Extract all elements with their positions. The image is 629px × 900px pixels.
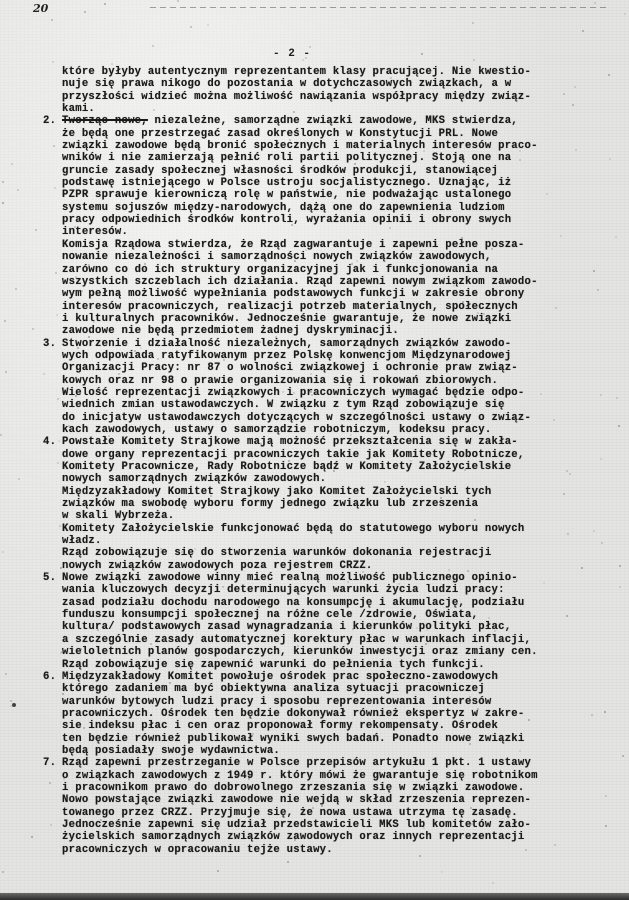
text-line: kami. (43, 103, 603, 115)
scan-speckle (310, 391, 312, 393)
scan-speckle (421, 53, 423, 55)
scan-speckle (52, 61, 54, 63)
line-text: towanego przez CRZZ. Przyjmuje się, że n… (62, 807, 518, 819)
scan-speckle (97, 629, 99, 631)
text-line: i kulturalnych pracowników. Jednocześnie… (43, 313, 603, 325)
scan-speckle (453, 285, 455, 287)
text-line: 7.Rząd zapewni przestrzeganie w Polsce p… (43, 757, 603, 769)
scan-speckle (294, 839, 296, 841)
scan-speckle (473, 59, 475, 61)
scanner-bottom-edge (0, 893, 629, 900)
text-line: a szczególnie zasady automatycznej korek… (43, 634, 603, 646)
text-line: wania kluczowych decyzji determinujących… (43, 584, 603, 596)
line-text: pracowniczych w opracowaniu tejże ustawy… (62, 844, 333, 856)
line-text: Stworzenie i działalność niezależnych, s… (62, 338, 511, 350)
scan-speckle (493, 635, 495, 637)
scan-speckle (594, 2, 596, 4)
line-text: wania kluczowych decyzji determinujących… (62, 584, 505, 596)
scan-speckle (307, 499, 309, 501)
line-text: sie indeksu płac i cen oraz proponował f… (62, 720, 498, 732)
scan-speckle (276, 80, 278, 82)
line-text: pracy odpowiednich środków kontroli, wyr… (62, 214, 511, 226)
scan-speckle (2, 181, 4, 183)
line-text: interesów pracowniczych, realizacji potr… (62, 301, 518, 313)
scan-speckle (152, 148, 154, 150)
scan-speckle (10, 705, 12, 707)
text-line: Komitety Pracownicze, Rady Robotnicze bą… (43, 461, 603, 473)
line-text: ten będzie również publikował wyniki swy… (62, 733, 525, 745)
corner-page-mark: 20 (33, 2, 48, 15)
text-line: nowanie niezależności i samorządności no… (43, 251, 603, 263)
text-line: Organizacji Pracy: nr 87 o wolności zwią… (43, 362, 603, 374)
scan-speckle (147, 598, 149, 600)
scan-speckle (282, 391, 284, 393)
text-line: przyszłości widzieć można możliwość nawi… (43, 91, 603, 103)
scan-speckle (225, 69, 227, 71)
scan-speckle (448, 569, 450, 571)
item-number: 4. (43, 436, 62, 448)
text-line: o związkach zawodowych z 1949 r. który m… (43, 770, 603, 782)
scan-speckle (470, 807, 472, 809)
scan-speckle (60, 567, 62, 569)
line-text: i pracownikom prawo do dobrowolnego zrze… (62, 782, 525, 794)
line-text: w skali Wybrzeża. (62, 510, 174, 522)
line-text: wiednich zmian ustawodawczych. W związku… (62, 399, 505, 411)
scan-speckle (420, 250, 422, 252)
scan-speckle (288, 460, 290, 462)
scan-speckle (258, 278, 260, 280)
text-line: kowych oraz nr 98 o prawie organizowania… (43, 375, 603, 387)
line-text: które byłyby autentycznym reprezentantem… (62, 66, 531, 78)
scan-speckle (146, 659, 148, 661)
text-line: pracowniczych w opracowaniu tejże ustawy… (43, 844, 603, 856)
scan-speckle (333, 470, 335, 472)
text-line: nowych związków zawodowych poza rejestre… (43, 560, 603, 572)
text-line: funduszu konsumpcji społecznej na różne … (43, 609, 603, 621)
text-line: zasad podziału dochodu narodowego na kon… (43, 597, 603, 609)
line-text: Komisja Rządowa stwierdza, że Rząd zagwa… (62, 239, 525, 251)
scan-speckle (356, 192, 358, 194)
scan-speckle (350, 434, 352, 436)
scan-speckle (553, 419, 555, 421)
text-line: życielskich samorządnych związków zawodo… (43, 831, 603, 843)
line-text: nowych związków zawodowych poza rejestre… (62, 560, 373, 572)
scan-speckle (619, 565, 621, 567)
scan-speckle (369, 307, 371, 309)
text-line: 4.Powstałe Komitety Strajkowe mają możno… (43, 436, 603, 448)
line-text: wszystkich szczeblach ich działania. Rzą… (62, 276, 538, 288)
scan-speckle (413, 774, 415, 776)
text-line: związków ma swobodę wyboru formy jednego… (43, 498, 603, 510)
text-line: wych odpowiada ratyfikowanym przez Polsk… (43, 350, 603, 362)
scan-speckle (356, 260, 358, 262)
line-text: Nowo powstające związki zawodowe nie wej… (62, 794, 531, 806)
line-text: Komitety Pracownicze, Rady Robotnicze bą… (62, 461, 511, 473)
text-line: Nowo powstające związki zawodowe nie wej… (43, 794, 603, 806)
text-line: 6.Międzyzakładowy Komitet powołuje ośrod… (43, 671, 603, 683)
scan-speckle (84, 11, 86, 13)
text-line: zawodowe nie będą przedmiotem żadnej dys… (43, 325, 603, 337)
scan-speckle (147, 219, 149, 221)
scan-speckle (389, 227, 391, 229)
scan-speckle (394, 330, 396, 332)
numbered-item-3: 3.Stworzenie i działalność niezależnych,… (43, 338, 603, 437)
text-line: do inicjatyw ustawodawczych dotyczących … (43, 412, 603, 424)
scan-speckle (425, 643, 427, 645)
scan-speckle (197, 738, 199, 740)
text-line: Rząd zobowiązuje się zapewnić warunki do… (43, 659, 603, 671)
line-text: Komitety Założycielskie funkcjonować będ… (62, 523, 525, 535)
scan-speckle (194, 548, 196, 550)
text-line: kultura/ podstawowych zasad wynagradzani… (43, 621, 603, 633)
line-text: którego zadaniem ma być obiektywna anali… (62, 683, 485, 695)
text-line: że będą one przestrzegać zasad określony… (43, 128, 603, 140)
text-line: interesów. (43, 226, 603, 238)
scan-speckle (155, 214, 157, 216)
scan-speckle (604, 711, 606, 713)
item-number: 2. (43, 115, 62, 127)
line-text: Międzyzakładowy Komitet powołuje ośrodek… (62, 671, 498, 683)
scan-speckle (295, 477, 297, 479)
line-text: nowanie niezależności i samorządności no… (62, 251, 491, 263)
text-line: gruncie zasady społecznej własności środ… (43, 165, 603, 177)
scan-speckle (605, 825, 607, 827)
text-line: Rząd zobowiązuje się do stworzenia warun… (43, 547, 603, 559)
line-text: Rząd zapewni przestrzeganie w Polsce prz… (62, 757, 531, 769)
scan-speckle (294, 260, 296, 262)
scan-speckle (540, 393, 542, 395)
scan-speckle (622, 755, 624, 757)
text-line: ten będzie również publikował wyniki swy… (43, 733, 603, 745)
scan-speckle (347, 581, 349, 583)
scan-speckle (10, 700, 12, 702)
scanned-page: 20 - 2 - które byłyby autentycznym repre… (0, 0, 629, 893)
scan-speckle (5, 371, 7, 373)
scan-speckle (319, 368, 321, 370)
line-text: Nowe związki zawodowe winny mieć realną … (62, 572, 518, 584)
scan-speckle (210, 495, 212, 497)
scan-speckle (15, 288, 17, 290)
text-line: warunków bytowych ludzi pracy i sposobu … (43, 696, 603, 708)
text-line: Komisja Rządowa stwierdza, że Rząd zagwa… (43, 239, 603, 251)
scan-speckle (483, 313, 485, 315)
scan-speckle (398, 583, 400, 585)
scan-speckle (420, 318, 422, 320)
scan-speckle (555, 307, 557, 309)
line-text: interesów. (62, 226, 128, 238)
scan-speckle (471, 823, 473, 825)
scan-speckle (342, 294, 344, 296)
scan-speckle (43, 373, 45, 375)
text-line: władz. (43, 535, 603, 547)
line-text: do inicjatyw ustawodawczych dotyczących … (62, 412, 531, 424)
text-line: Komitety Założycielskie funkcjonować będ… (43, 523, 603, 535)
scan-speckle (17, 189, 19, 191)
scan-speckle (111, 63, 113, 65)
text-line: pracy odpowiednich środków kontroli, wyr… (43, 214, 603, 226)
scan-speckle (519, 159, 521, 161)
scan-speckle (473, 85, 475, 87)
scan-speckle (390, 77, 392, 79)
scan-speckle (492, 882, 494, 884)
scan-speckle (498, 304, 500, 306)
text-line: wiednich zmian ustawodawczych. W związku… (43, 399, 603, 411)
scan-speckle (100, 819, 102, 821)
top-scan-rule (150, 7, 610, 8)
scan-speckle (569, 473, 571, 475)
line-text: niezależne, samorządne związki zawodowe,… (148, 115, 518, 127)
text-line: 3.Stworzenie i działalność niezależnych,… (43, 338, 603, 350)
text-line: sie indeksu płac i cen oraz proponował f… (43, 720, 603, 732)
scan-speckle (462, 301, 464, 303)
text-line: podstawę istniejącego w Polsce ustroju s… (43, 177, 603, 189)
scan-speckle (0, 434, 2, 436)
scan-speckle (160, 548, 162, 550)
item-number: 7. (43, 757, 62, 769)
line-text: Powstałe Komitety Strajkowe mają możność… (62, 436, 518, 448)
scan-speckle (287, 861, 289, 863)
scan-speckle (216, 206, 218, 208)
scan-speckle (291, 224, 293, 226)
line-text: wników i nie zamierzają pełnić roli part… (62, 152, 511, 164)
scan-speckle (11, 163, 13, 165)
text-line: nuje się prawa nikogo do pozostania w do… (43, 78, 603, 90)
scan-speckle (222, 586, 224, 588)
line-text: nowych samorządnych związków zawodowych. (62, 473, 326, 485)
scan-speckle (441, 871, 443, 873)
line-text: Jednocześnie zapewni się udział przedsta… (62, 819, 531, 831)
line-text: dowe organy reprezentacji pracowniczych … (62, 449, 525, 461)
line-text: wych odpowiada ratyfikowanym przez Polsk… (62, 350, 511, 362)
struck-through-text: Tworząc nowe, (62, 115, 148, 127)
line-text: zasad podziału dochodu narodowego na kon… (62, 597, 525, 609)
scan-speckle (2, 551, 4, 553)
scan-speckle (443, 687, 445, 689)
scan-speckle (308, 205, 310, 207)
text-line: Jednocześnie zapewni się udział przedsta… (43, 819, 603, 831)
text-line: towanego przez CRZZ. Przyjmuje się, że n… (43, 807, 603, 819)
text-line: 5.Nowe związki zawodowe winny mieć realn… (43, 572, 603, 584)
scan-speckle (243, 164, 245, 166)
text-line: które byłyby autentycznym reprezentantem… (43, 66, 603, 78)
scan-speckle (455, 92, 457, 94)
text-line: pracowniczych. Ośrodek ten będzie dokony… (43, 708, 603, 720)
line-text: o związkach zawodowych z 1949 r. który m… (62, 770, 538, 782)
text-line: wszystkich szczeblach ich działania. Rzą… (43, 276, 603, 288)
line-text: że będą one przestrzegać zasad określony… (62, 128, 498, 140)
scan-speckle (219, 464, 221, 466)
scan-speckle (275, 336, 277, 338)
line-text: Międzyzakładowy Komitet Strajkowy jako K… (62, 486, 491, 498)
text-line: kach zawodowych, ustawy o samorządzie ro… (43, 424, 603, 436)
text-line: w skali Wybrzeża. (43, 510, 603, 522)
scan-speckle (615, 236, 617, 238)
text-line: nowych samorządnych związków zawodowych. (43, 473, 603, 485)
scan-speckle (249, 241, 251, 243)
scan-speckle (618, 425, 620, 427)
scan-speckle (302, 59, 304, 61)
scan-speckle (157, 358, 159, 360)
numbered-item-4: 4.Powstałe Komitety Strajkowe mają możno… (43, 436, 603, 572)
text-line: dowe organy reprezentacji pracowniczych … (43, 449, 603, 461)
line-text: związki zawodowe będą bronić społecznych… (62, 140, 538, 152)
scan-speckle (2, 202, 4, 204)
scan-speckle (605, 795, 607, 797)
scan-speckle (190, 26, 192, 28)
line-text: Organizacji Pracy: nr 87 o wolności zwią… (62, 362, 518, 374)
scan-speckle (351, 263, 353, 265)
scan-speckle (18, 478, 20, 480)
line-text: kultura/ podstawowych zasad wynagradzani… (62, 621, 511, 633)
line-text: wym pełną możliwość wypełniania podstawo… (62, 288, 525, 300)
line-text: kowych oraz nr 98 o prawie organizowania… (62, 375, 498, 387)
scan-speckle (305, 249, 307, 251)
scan-speckle (582, 30, 584, 32)
scan-speckle (600, 458, 602, 460)
scan-speckle (257, 253, 259, 255)
line-text: i kulturalnych pracowników. Jednocześnie… (62, 313, 511, 325)
numbered-item-6: 6.Międzyzakładowy Komitet powołuje ośrod… (43, 671, 603, 757)
scan-speckle (384, 481, 386, 483)
line-text: pracowniczych. Ośrodek ten będzie dokony… (62, 708, 525, 720)
scan-speckle (467, 570, 469, 572)
scan-speckle (35, 229, 37, 231)
line-text: a szczególnie zasady automatycznej korek… (62, 634, 531, 646)
scan-speckle (140, 347, 142, 349)
scan-speckle (494, 630, 496, 632)
scan-speckle (31, 836, 33, 838)
scan-speckle (2, 871, 4, 873)
scan-speckle (438, 682, 440, 684)
numbered-item-7: 7.Rząd zapewni przestrzeganie w Polsce p… (43, 757, 603, 856)
scan-speckle (81, 290, 83, 292)
scan-speckle (207, 24, 209, 26)
scan-speckle (173, 314, 175, 316)
document-body: które byłyby autentycznym reprezentantem… (43, 66, 603, 856)
scan-speckle (319, 70, 321, 72)
scan-speckle (624, 13, 626, 15)
margin-punch-mark (12, 703, 16, 707)
text-line: wieloletnich planów gospodarczych, kieru… (43, 646, 603, 658)
scan-speckle (260, 443, 262, 445)
scan-speckle (150, 643, 152, 645)
line-text: wieloletnich planów gospodarczych, kieru… (62, 646, 538, 658)
scan-speckle (616, 397, 618, 399)
line-text: warunków bytowych ludzi pracy i sposobu … (62, 696, 491, 708)
line-text: Rząd zobowiązuje się do stworzenia warun… (62, 547, 491, 559)
scan-speckle (377, 358, 379, 360)
scan-speckle (183, 627, 185, 629)
line-text: podstawę istniejącego w Polsce ustroju s… (62, 177, 511, 189)
text-line: zarówno co do ich struktury organizacyjn… (43, 264, 603, 276)
line-text: władz. (62, 535, 102, 547)
scan-speckle (340, 602, 342, 604)
line-text: będą posiadały swoje wydawnictwa. (62, 745, 280, 757)
item-number: 3. (43, 338, 62, 350)
scan-speckle (5, 673, 7, 675)
scan-speckle (55, 272, 57, 274)
scan-speckle (609, 158, 611, 160)
line-text: gruncie zasady społecznej własności środ… (62, 165, 498, 177)
line-text: Rząd zobowiązuje się zapewnić warunki do… (62, 659, 485, 671)
text-line: 2.Tworząc nowe, niezależne, samorządne z… (43, 115, 603, 127)
line-text: kach zawodowych, ustawy o samorządzie ro… (62, 424, 491, 436)
line-text: PZPR sprawuje kierowniczą rolę w państwi… (62, 189, 511, 201)
intro-paragraph: które byłyby autentycznym reprezentantem… (43, 66, 603, 115)
item-number: 6. (43, 671, 62, 683)
scan-speckle (4, 320, 6, 322)
line-text: zawodowe nie będą przedmiotem żadnej dys… (62, 325, 399, 337)
line-text: związków ma swobodę wyboru formy jednego… (62, 498, 478, 510)
line-text: nuje się prawa nikogo do pozostania w do… (62, 78, 511, 90)
line-text: zarówno co do ich struktury organizacyjn… (62, 264, 498, 276)
scan-speckle (110, 600, 112, 602)
scan-speckle (177, 0, 179, 2)
scan-speckle (429, 530, 431, 532)
numbered-item-2: 2.Tworząc nowe, niezależne, samorządne z… (43, 115, 603, 337)
scan-speckle (59, 525, 61, 527)
text-line: interesów pracowniczych, realizacji potr… (43, 301, 603, 313)
scan-speckle (93, 321, 95, 323)
scan-speckle (152, 45, 154, 47)
numbered-items: 2.Tworząc nowe, niezależne, samorządne z… (43, 115, 603, 856)
scan-speckle (432, 119, 434, 121)
line-text: życielskich samorządnych związków zawodo… (62, 831, 525, 843)
text-line: Międzyzakładowy Komitet Strajkowy jako K… (43, 486, 603, 498)
line-text: przyszłości widzieć można możliwość nawi… (62, 91, 531, 103)
line-text: funduszu konsumpcji społecznej na różne … (62, 609, 478, 621)
text-line: systemu sojuszów między-narodowych, dążą… (43, 202, 603, 214)
scan-speckle (90, 131, 92, 133)
scan-speckle (472, 22, 474, 24)
scan-speckle (258, 606, 260, 608)
scan-speckle (56, 314, 58, 316)
scan-speckle (488, 617, 490, 619)
scan-speckle (51, 19, 53, 21)
scan-speckle (619, 586, 621, 588)
scan-speckle (193, 216, 195, 218)
text-line: Wielość reprezentacji związkowych i prac… (43, 387, 603, 399)
item-number: 5. (43, 572, 62, 584)
text-line: którego zadaniem ma być obiektywna anali… (43, 683, 603, 695)
scan-speckle (419, 855, 421, 857)
scan-speckle (108, 435, 110, 437)
scan-speckle (217, 870, 219, 872)
scan-speckle (316, 711, 318, 713)
scan-speckle (32, 328, 34, 330)
text-line: wym pełną możliwość wypełniania podstawo… (43, 288, 603, 300)
scan-speckle (312, 807, 314, 809)
text-line: PZPR sprawuje kierowniczą rolę w państwi… (43, 189, 603, 201)
line-text: systemu sojuszów między-narodowych, dążą… (62, 202, 505, 214)
scan-speckle (261, 796, 263, 798)
numbered-item-5: 5.Nowe związki zawodowe winny mieć realn… (43, 572, 603, 671)
scan-speckle (104, 3, 106, 5)
text-line: i pracownikom prawo do dobrowolnego zrze… (43, 782, 603, 794)
scan-speckle (608, 74, 610, 76)
scan-speckle (474, 519, 476, 521)
